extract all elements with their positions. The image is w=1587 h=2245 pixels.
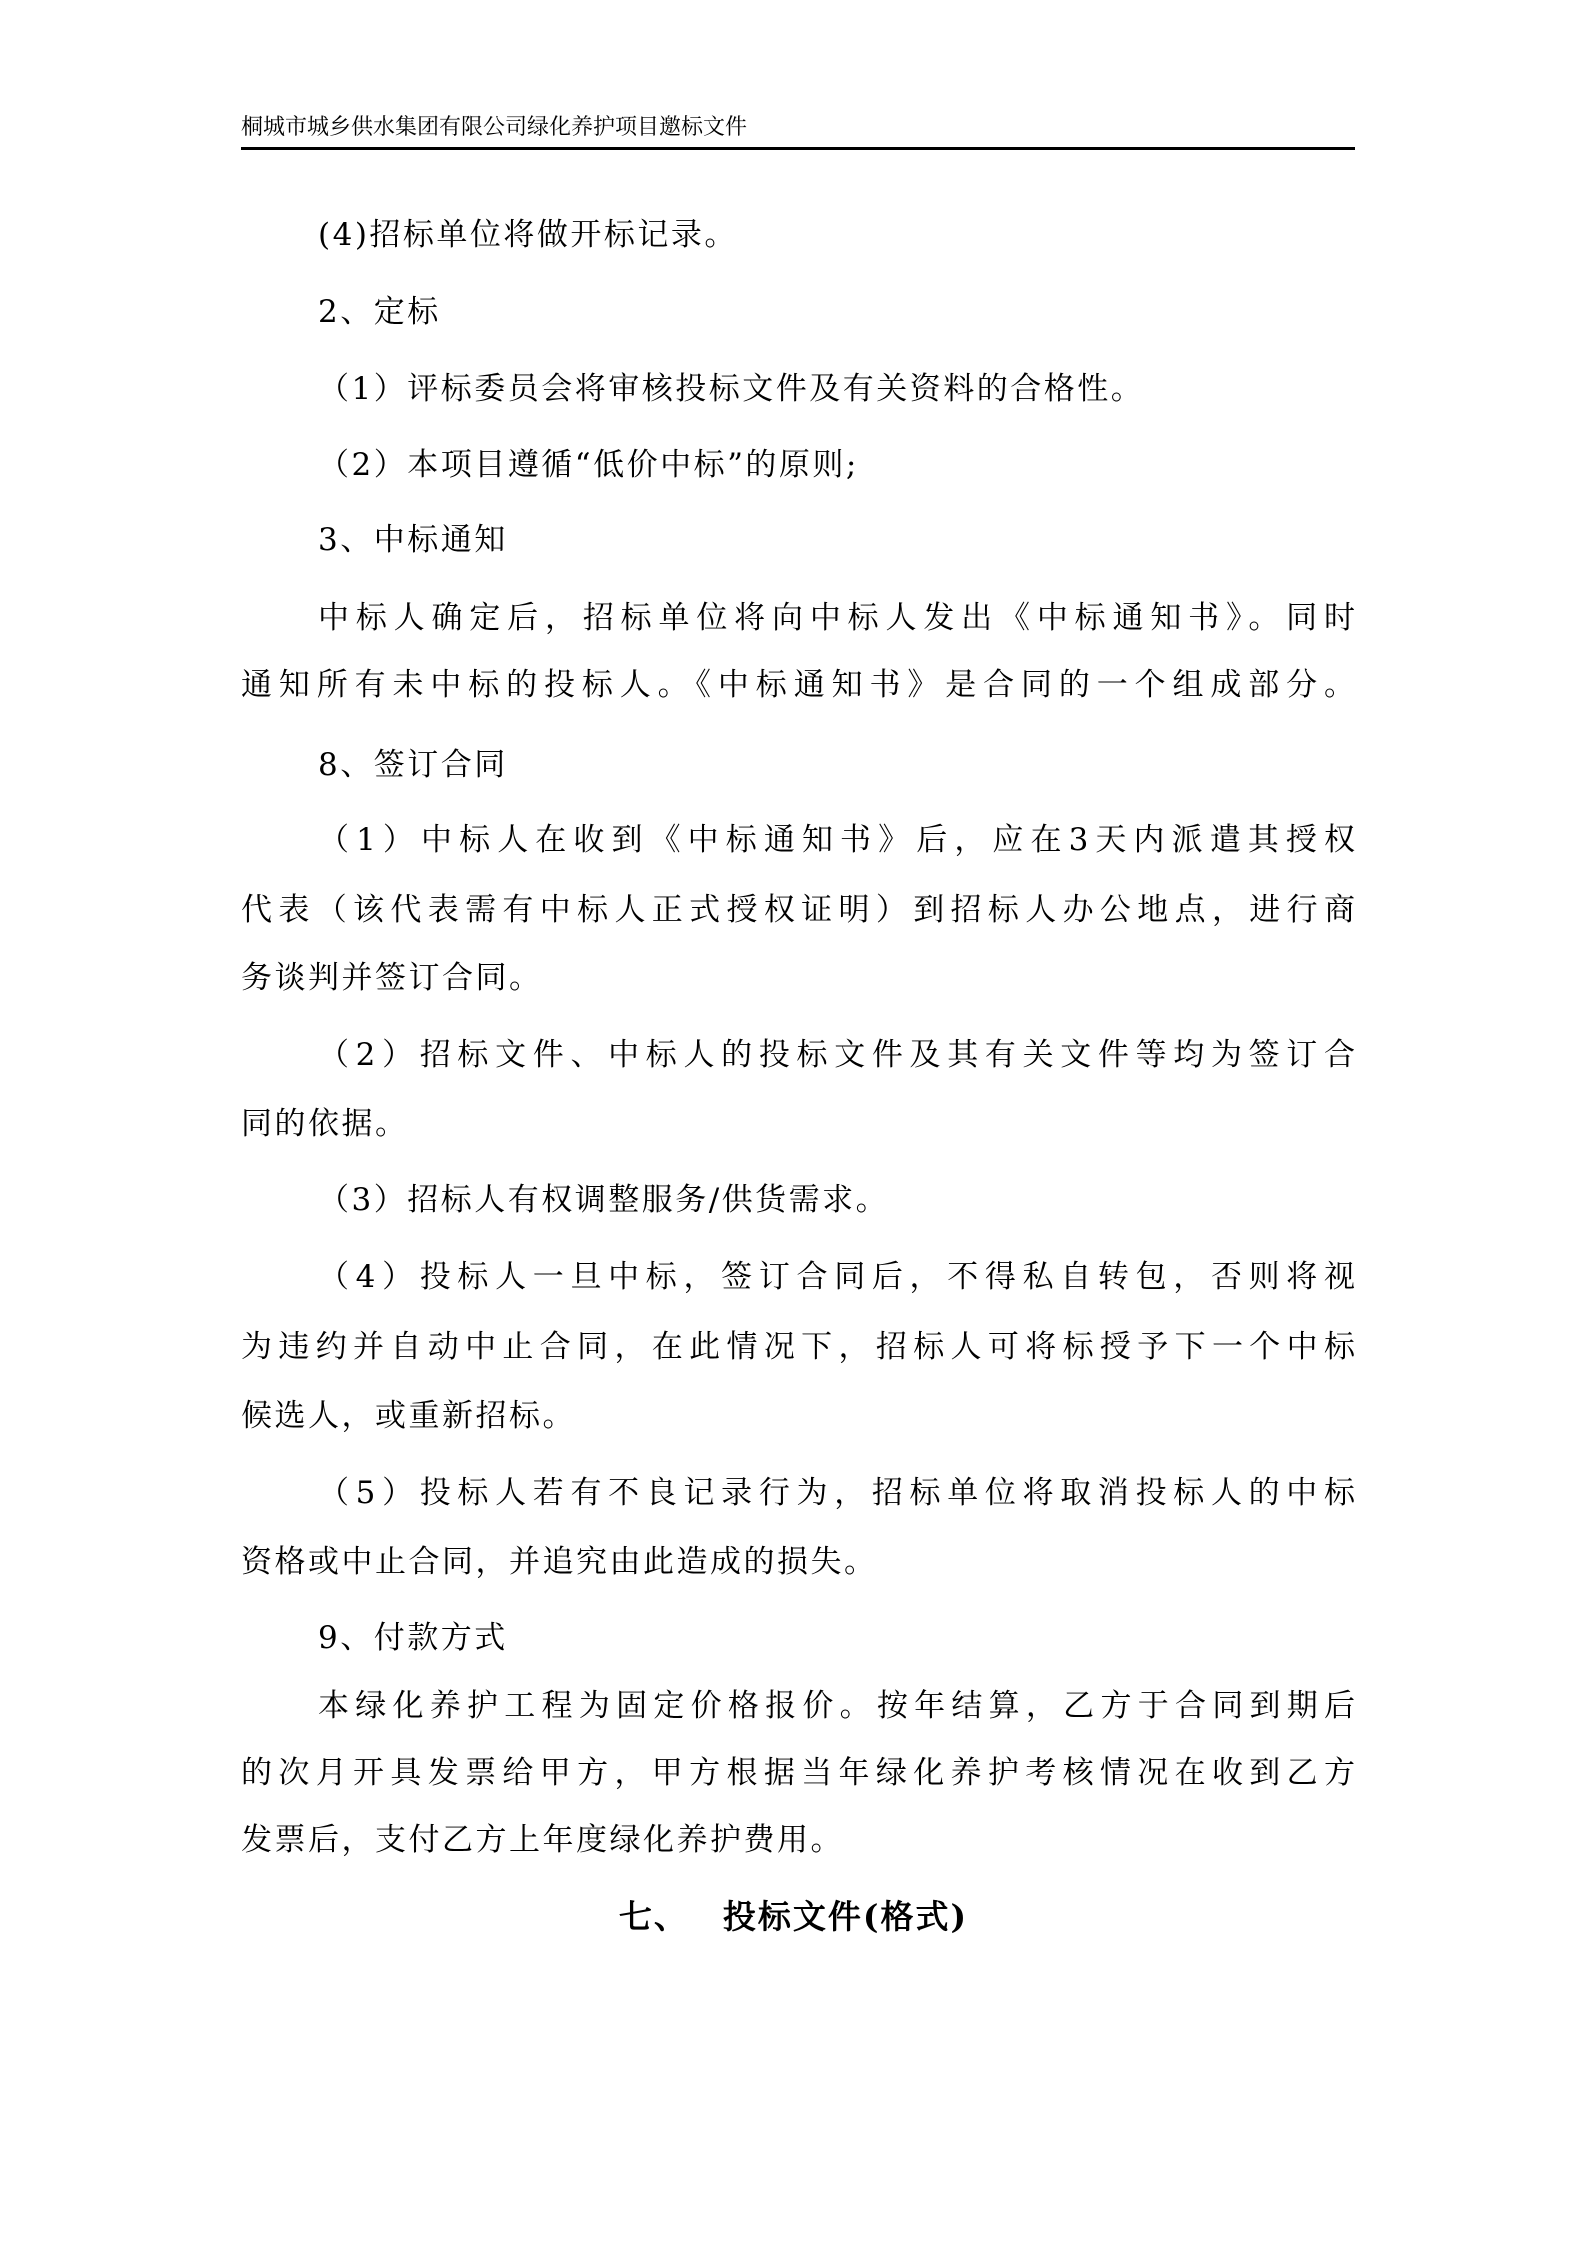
paragraph-line: 本绿化养护工程为固定价格报价。按年结算，乙方于合同到期后 xyxy=(318,1686,1355,1726)
paragraph-line: （4）投标人一旦中标，签订合同后，不得私自转包，否则将视 xyxy=(318,1257,1355,1297)
paragraph-line: (4)招标单位将做开标记录。 xyxy=(318,215,738,255)
paragraph-line: 的次月开具发票给甲方，甲方根据当年绿化养护考核情况在收到乙方 xyxy=(241,1753,1355,1793)
paragraph-line: 务谈判并签订合同。 xyxy=(241,958,543,998)
paragraph-line: （5）投标人若有不良记录行为，招标单位将取消投标人的中标 xyxy=(318,1473,1355,1513)
header-divider xyxy=(241,147,1355,150)
paragraph-line: （1）评标委员会将审核投标文件及有关资料的合格性。 xyxy=(318,369,1144,409)
paragraph-line: （3）招标人有权调整服务/供货需求。 xyxy=(318,1180,889,1220)
section-heading: 七、投标文件(格式) xyxy=(0,1895,1587,1939)
section-number: 七、 xyxy=(619,1897,689,1936)
document-page: 桐城市城乡供水集团有限公司绿化养护项目邀标文件 (4)招标单位将做开标记录。 2… xyxy=(0,0,1587,2245)
paragraph-line: 代表（该代表需有中标人正式授权证明）到招标人办公地点，进行商 xyxy=(241,890,1355,930)
header-title: 桐城市城乡供水集团有限公司绿化养护项目邀标文件 xyxy=(241,114,747,142)
paragraph-line: （1）中标人在收到《中标通知书》后，应在3天内派遣其授权 xyxy=(318,820,1355,860)
paragraph-line: 中标人确定后，招标单位将向中标人发出《中标通知书》。同时 xyxy=(318,598,1355,638)
clause-heading-notice: 3、中标通知 xyxy=(318,520,508,560)
section-title-text: 投标文件(格式) xyxy=(723,1897,968,1936)
paragraph-line: 通知所有未中标的投标人。《中标通知书》是合同的一个组成部分。 xyxy=(241,665,1355,705)
clause-heading-payment: 9、付款方式 xyxy=(318,1618,508,1658)
paragraph-line: 为违约并自动中止合同，在此情况下，招标人可将标授予下一个中标 xyxy=(241,1327,1355,1367)
clause-heading-contract: 8、签订合同 xyxy=(318,745,508,785)
paragraph-line: （2）本项目遵循“低价中标”的原则; xyxy=(318,445,859,485)
clause-heading-award: 2、定标 xyxy=(318,292,441,332)
paragraph-line: 资格或中止合同，并追究由此造成的损失。 xyxy=(241,1542,878,1582)
page-header: 桐城市城乡供水集团有限公司绿化养护项目邀标文件 xyxy=(241,110,1355,150)
paragraph-line: 候选人，或重新招标。 xyxy=(241,1396,576,1436)
paragraph-line: 发票后，支付乙方上年度绿化养护费用。 xyxy=(241,1820,844,1860)
paragraph-line: 同的依据。 xyxy=(241,1104,409,1144)
paragraph-line: （2）招标文件、中标人的投标文件及其有关文件等均为签订合 xyxy=(318,1035,1355,1075)
